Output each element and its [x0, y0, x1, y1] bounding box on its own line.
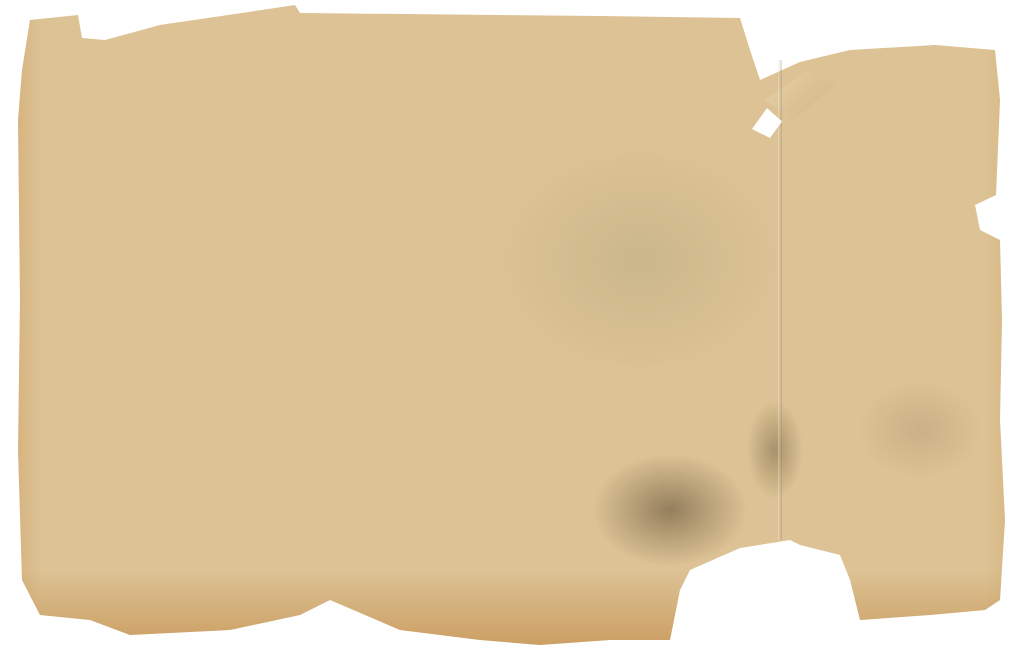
aged-paper-sheet [0, 0, 1025, 664]
paper-crease [778, 60, 782, 540]
